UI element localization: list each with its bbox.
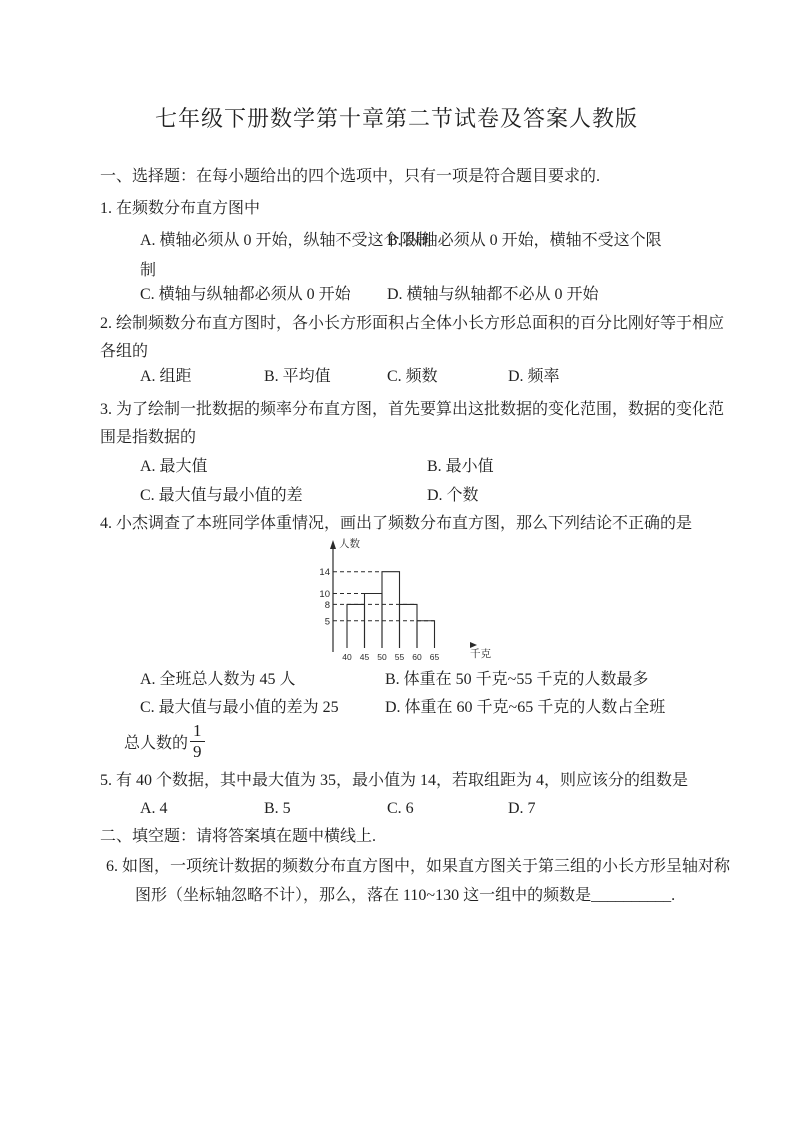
q3-option-a: A. 最大值 [140, 457, 208, 477]
frequency-histogram-chart: 141085人数404550556065千克 [300, 533, 500, 665]
q4-option-b: B. 体重在 50 千克~55 千克的人数最多 [385, 670, 648, 690]
svg-text:5: 5 [325, 616, 330, 627]
svg-text:45: 45 [360, 652, 370, 662]
q6-line1: 6. 如图，一项统计数据的频数分布直方图中，如果直方图关于第三组的小长方形呈轴对… [106, 857, 730, 877]
q4-option-d: D. 体重在 60 千克~65 千克的人数占全班 [385, 698, 665, 718]
q5-option-d: D. 7 [508, 799, 536, 819]
q2-option-d: D. 频率 [508, 367, 560, 387]
q5-option-b: B. 5 [264, 799, 291, 819]
page-title: 七年级下册数学第十章第二节试卷及答案人教版 [0, 102, 793, 133]
q6-line2: 图形（坐标轴忽略不计），那么，落在 110~130 这一组中的频数是______… [135, 886, 675, 906]
q4-option-a: A. 全班总人数为 45 人 [140, 670, 296, 690]
section-fill-heading: 二、填空题：请将答案填在题中横线上. [100, 827, 376, 847]
q5-option-c: C. 6 [387, 799, 414, 819]
y-axis-label: 人数 [339, 537, 360, 550]
q2-option-a: A. 组距 [140, 367, 192, 387]
svg-text:14: 14 [319, 567, 330, 578]
q1-stem: 1. 在频数分布直方图中 [100, 199, 260, 219]
fraction-denominator: 9 [193, 742, 202, 761]
fraction-one-ninth: 1 9 [190, 722, 205, 761]
q2-option-b: B. 平均值 [264, 367, 331, 387]
q4-option-d-wrap: 总人数的 1 9 [124, 722, 205, 761]
svg-text:8: 8 [325, 600, 330, 611]
svg-text:65: 65 [430, 652, 440, 662]
q3-option-c: C. 最大值与最小值的差 [140, 486, 303, 506]
q4-option-c: C. 最大值与最小值的差为 25 [140, 698, 339, 718]
q3-option-b: B. 最小值 [427, 457, 494, 477]
svg-text:10: 10 [319, 589, 330, 600]
q5-stem: 5. 有 40 个数据，其中最大值为 35，最小值为 14，若取组距为 4，则应… [100, 771, 688, 791]
q2-stem-line2: 各组的 [100, 342, 148, 362]
svg-text:50: 50 [377, 652, 387, 662]
svg-text:60: 60 [412, 652, 422, 662]
q4-option-d-wrap-text: 总人数的 [124, 730, 188, 753]
q3-stem-line2: 围是指数据的 [100, 428, 196, 448]
histogram-svg: 141085人数404550556065千克 [300, 533, 500, 665]
q1-option-c: C. 横轴与纵轴都必须从 0 开始 [140, 285, 351, 305]
q2-option-c: C. 频数 [387, 367, 438, 387]
section-choice-heading: 一、选择题：在每小题给出的四个选项中，只有一项是符合题目要求的. [100, 167, 600, 187]
q3-option-d: D. 个数 [427, 486, 479, 506]
svg-text:55: 55 [395, 652, 405, 662]
q1-option-b-wrap: 制 [140, 261, 156, 281]
fraction-numerator: 1 [190, 722, 205, 742]
x-axis-label: 千克 [470, 647, 491, 660]
svg-text:40: 40 [342, 652, 352, 662]
q3-stem-line1: 3. 为了绘制一批数据的频率分布直方图，首先要算出这批数据的变化范围，数据的变化… [100, 400, 724, 420]
q1-option-b: B. 纵轴必须从 0 开始，横轴不受这个限 [387, 231, 662, 251]
q2-stem-line1: 2. 绘制频数分布直方图时，各小长方形面积占全体小长方形总面积的百分比刚好等于相… [100, 314, 724, 334]
q4-stem: 4. 小杰调查了本班同学体重情况，画出了频数分布直方图，那么下列结论不正确的是 [100, 514, 692, 534]
q5-option-a: A. 4 [140, 799, 168, 819]
exam-paper-page: 七年级下册数学第十章第二节试卷及答案人教版 一、选择题：在每小题给出的四个选项中… [0, 0, 793, 1122]
q1-option-d: D. 横轴与纵轴都不必从 0 开始 [387, 285, 599, 305]
